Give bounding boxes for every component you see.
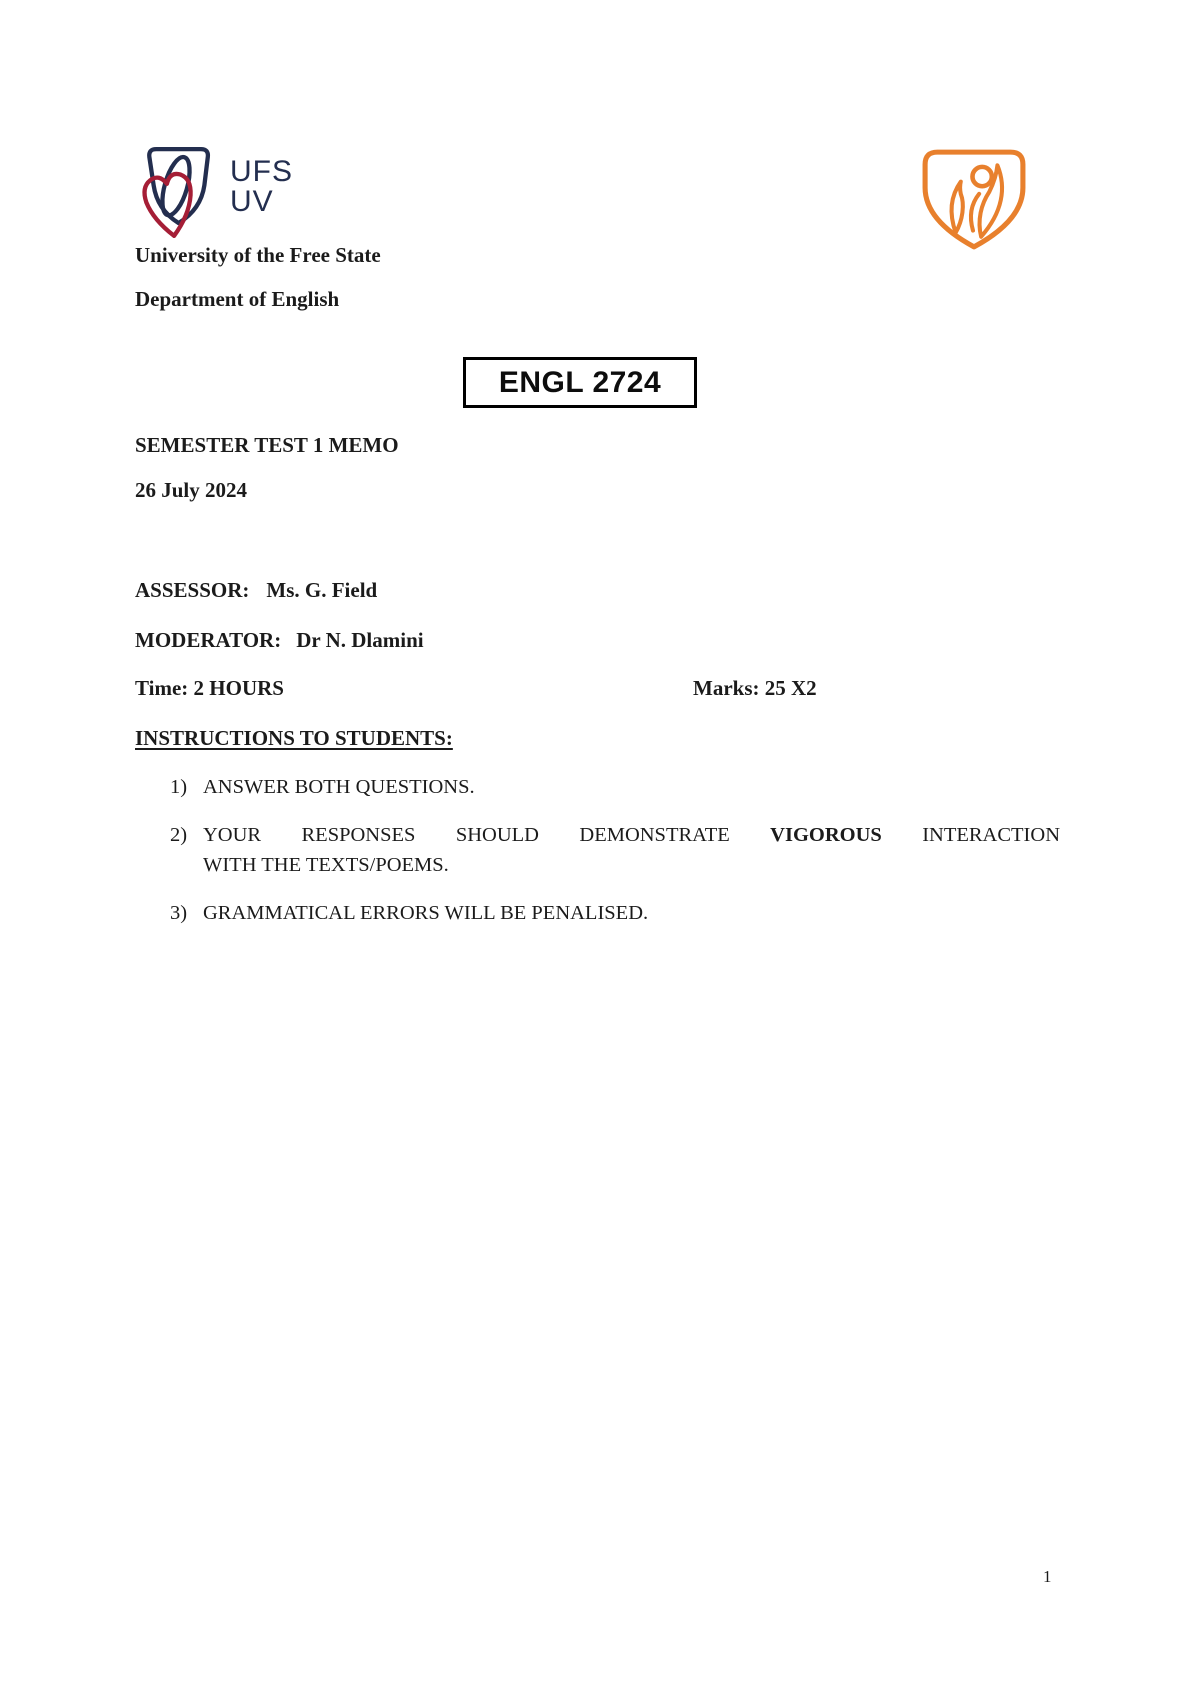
page-number: 1	[1043, 1567, 1052, 1587]
instruction-text: WITH THE TEXTS/POEMS.	[203, 850, 1060, 880]
ufs-shield-icon	[133, 143, 219, 243]
ufs-wordmark-line1: UFS	[230, 157, 293, 187]
instructions-heading: INSTRUCTIONS TO STUDENTS:	[135, 726, 453, 751]
assessor-name: Ms. G. Field	[266, 578, 377, 602]
marks-value: Marks: 25 X2	[693, 676, 817, 701]
ufs-wordmark: UFS UV	[230, 157, 293, 217]
moderator-label: MODERATOR:	[135, 628, 281, 652]
course-code-box: ENGL 2724	[463, 357, 697, 408]
instruction-item: 3) GRAMMATICAL ERRORS WILL BE PENALISED.	[170, 898, 1060, 928]
course-code: ENGL 2724	[499, 366, 661, 400]
moderator-line: MODERATOR:Dr N. Dlamini	[135, 628, 424, 653]
faculty-flame-shield-icon	[920, 147, 1028, 253]
assessor-line: ASSESSOR:Ms. G. Field	[135, 578, 377, 603]
test-date: 26 July 2024	[135, 478, 247, 503]
assessor-label: ASSESSOR:	[135, 578, 249, 602]
instructions-list: 1) ANSWER BOTH QUESTIONS. 2) YOUR RESPON…	[170, 772, 1060, 928]
instruction-item: 1) ANSWER BOTH QUESTIONS.	[170, 772, 1060, 802]
ufs-logo: UFS UV	[133, 143, 293, 243]
instruction-text: YOUR RESPONSES SHOULD DEMONSTRATE VIGORO…	[203, 820, 1060, 850]
instruction-number: 1)	[170, 772, 187, 802]
instruction-item: 2) YOUR RESPONSES SHOULD DEMONSTRATE VIG…	[170, 820, 1060, 880]
test-title: SEMESTER TEST 1 MEMO	[135, 433, 399, 458]
time-marks-line: Time: 2 HOURS Marks: 25 X2	[135, 676, 1065, 701]
university-name: University of the Free State	[135, 243, 381, 268]
time-value: Time: 2 HOURS	[135, 676, 284, 700]
document-page: UFS UV University of the Free State Depa…	[0, 0, 1200, 1696]
department-name: Department of English	[135, 287, 339, 312]
instruction-text: ANSWER BOTH QUESTIONS.	[203, 772, 1060, 802]
instruction-number: 2)	[170, 820, 187, 850]
moderator-name: Dr N. Dlamini	[296, 628, 423, 652]
instruction-text: GRAMMATICAL ERRORS WILL BE PENALISED.	[203, 898, 1060, 928]
ufs-wordmark-line2: UV	[230, 187, 293, 217]
instruction-number: 3)	[170, 898, 187, 928]
